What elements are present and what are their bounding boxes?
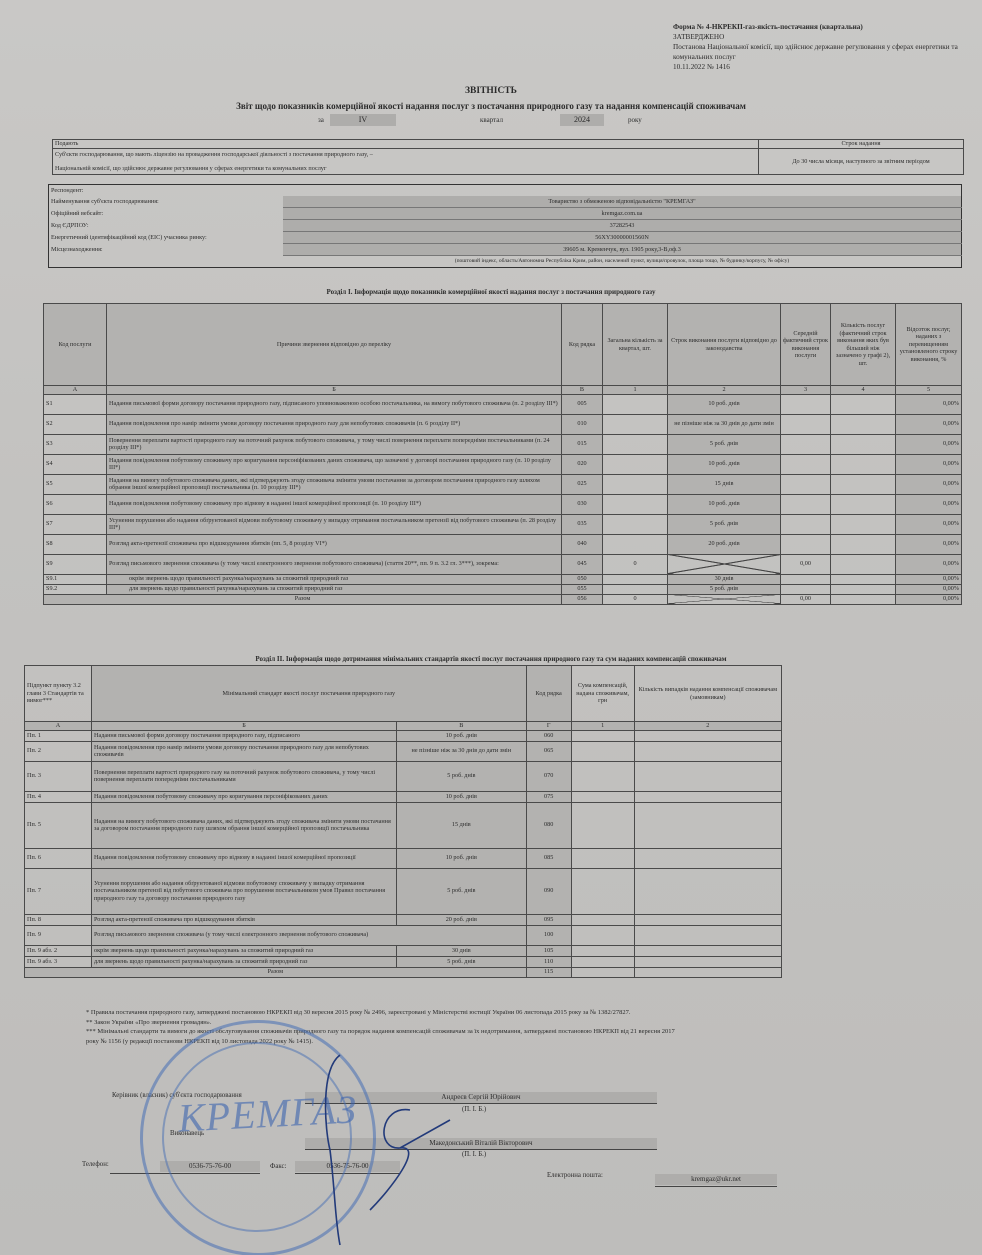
table-row: Пп. 9 абз. 3для звернень щодо правильнос…	[25, 956, 782, 967]
standard-text: Надання повідомлення побутовому споживач…	[92, 791, 397, 802]
compensation-sum-cell	[571, 956, 634, 967]
term-cell: 5 роб. днів	[397, 868, 527, 914]
overdue-percent-cell: 0,00%	[896, 534, 962, 554]
service-reason: Надання повідомлення про намір змінити у…	[107, 414, 562, 434]
avg-term-cell	[781, 414, 831, 434]
column-code: Б	[92, 722, 397, 731]
avg-term-cell	[781, 494, 831, 514]
overdue-count-cell	[831, 594, 896, 604]
address-field[interactable]: 39605 м. Кременчук, вул. 1905 року,3-В,о…	[283, 244, 962, 256]
standard-text: Надання письмової форми договору постача…	[92, 730, 397, 741]
overdue-percent-cell: 0,00%	[896, 574, 962, 584]
year-field[interactable]: 2024	[560, 114, 604, 126]
standard-text: Повернення переплати вартості природного…	[92, 761, 397, 791]
s2-column-codes: АБВГ12	[25, 722, 782, 731]
quantity-cell	[603, 534, 668, 554]
s1-header-qty: Загальна кількість за квартал, шт.	[603, 304, 668, 386]
compensation-sum-cell	[571, 914, 634, 925]
subclause-code: Пп. 1	[25, 730, 92, 741]
quarter-label: квартал	[480, 116, 503, 124]
s1-header-avg: Середній фактичний строк виконання послу…	[781, 304, 831, 386]
row-code: 025	[562, 474, 603, 494]
column-code: 4	[831, 386, 896, 395]
submitter-recipient: Національній комісії, що здійснює держав…	[55, 165, 756, 173]
s2-header-sum: Сума компенсацій, надана споживачам, грн	[571, 666, 634, 722]
s1-header-term: Строк виконання послуги відповідно до за…	[668, 304, 781, 386]
reporting-period: за IV квартал 2024 року	[0, 114, 982, 128]
column-code: 5	[896, 386, 962, 395]
total-row: Разом05600,000,00%	[44, 594, 962, 604]
row-code: 005	[562, 394, 603, 414]
avg-term-cell	[781, 454, 831, 474]
compensation-count-cell	[634, 791, 781, 802]
row-code: 015	[562, 434, 603, 454]
overdue-percent-cell: 0,00%	[896, 474, 962, 494]
column-code: А	[44, 386, 107, 395]
eic-label: Енергетичний ідентифікаційний код (ЕІС) …	[49, 232, 284, 244]
overdue-count-cell	[831, 494, 896, 514]
service-reason: для звернень щодо правильності рахунка/н…	[107, 584, 562, 594]
table-row: S6Надання повідомлення побутовому спожив…	[44, 494, 962, 514]
row-code: 065	[526, 741, 571, 761]
respondent-label: Респондент:	[49, 185, 962, 197]
overdue-percent-cell: 0,00%	[896, 584, 962, 594]
compensation-count-cell	[634, 730, 781, 741]
standard-text: Розгляд акта-претензії споживача про від…	[92, 914, 397, 925]
row-code: 056	[562, 594, 603, 604]
s2-header-standard: Мінімальний стандарт якості послуг поста…	[92, 666, 527, 722]
compensation-count-cell	[634, 761, 781, 791]
subclause-code: Пп. 9	[25, 925, 92, 945]
service-reason: Розгляд акта-претензії споживача про від…	[107, 534, 562, 554]
approval-date: 10.11.2022 № 1416	[673, 62, 973, 72]
row-code: 090	[526, 868, 571, 914]
service-reason: Надання на вимогу побутового споживача д…	[107, 474, 562, 494]
table-row: Пп. 5Надання на вимогу побутового спожив…	[25, 802, 782, 848]
website-field[interactable]: kremgaz.com.ua	[283, 208, 962, 220]
s2-header-row: Код рядка	[526, 666, 571, 722]
quantity-cell	[603, 494, 668, 514]
compensation-sum-cell	[571, 945, 634, 956]
compensation-count-cell	[634, 868, 781, 914]
term-cell: 10 роб. днів	[397, 730, 527, 741]
service-code: S9	[44, 554, 107, 574]
row-code: 050	[562, 574, 603, 584]
email-label: Електронна пошта:	[547, 1172, 603, 1179]
overdue-count-cell	[831, 434, 896, 454]
term-cell	[668, 554, 781, 574]
row-code: 010	[562, 414, 603, 434]
standard-text: Розгляд письмового звернення споживача (…	[92, 925, 527, 945]
standard-text: окрім звернень щодо правильності рахунка…	[92, 945, 397, 956]
table-row: Пп. 6Надання повідомлення побутовому спо…	[25, 848, 782, 868]
column-code: А	[25, 722, 92, 731]
service-code: S5	[44, 474, 107, 494]
column-code: В	[562, 386, 603, 395]
avg-term-cell	[781, 584, 831, 594]
service-reason: Усунення порушення або надання обґрунтов…	[107, 514, 562, 534]
avg-term-cell	[781, 394, 831, 414]
compensation-sum-cell	[571, 848, 634, 868]
compensation-count-cell	[634, 741, 781, 761]
service-code: S4	[44, 454, 107, 474]
row-code: 040	[562, 534, 603, 554]
column-code: 2	[634, 722, 781, 731]
s1-column-codes: АБВ12345	[44, 386, 962, 395]
service-code: S8	[44, 534, 107, 554]
table-row: Пп. 3Повернення переплати вартості приро…	[25, 761, 782, 791]
table-row: S1Надання письмової форми договору поста…	[44, 394, 962, 414]
avg-term-cell: 0,00	[781, 554, 831, 574]
column-code: 1	[571, 722, 634, 731]
compensation-sum-cell	[571, 868, 634, 914]
overdue-count-cell	[831, 454, 896, 474]
term-cell: 10 роб. днів	[397, 848, 527, 868]
service-code: S6	[44, 494, 107, 514]
section1-title: Розділ I. Інформація щодо показників ком…	[0, 288, 982, 296]
table-row: Пп. 9Розгляд письмового звернення спожив…	[25, 925, 782, 945]
table-row: Пп. 2Надання повідомлення про намір змін…	[25, 741, 782, 761]
address-hint: (поштовий індекс, область/Автономна Респ…	[283, 256, 962, 268]
term-cell: 10 роб. днів	[397, 791, 527, 802]
s1-header-reason: Причини звернення відповідно до переліку	[107, 304, 562, 386]
subclause-code: Пп. 9 абз. 3	[25, 956, 92, 967]
overdue-count-cell	[831, 514, 896, 534]
column-code: В	[397, 722, 527, 731]
form-number: Форма № 4-НКРЕКП-газ-якість-постачання (…	[673, 22, 973, 32]
overdue-percent-cell: 0,00%	[896, 434, 962, 454]
compensation-sum-cell	[571, 761, 634, 791]
term-cell: 15 днів	[397, 802, 527, 848]
row-code: 115	[526, 967, 571, 977]
compensation-count-cell	[634, 967, 781, 977]
row-code: 055	[562, 584, 603, 594]
service-code: S7	[44, 514, 107, 534]
avg-term-cell	[781, 574, 831, 584]
subclause-code: Пп. 8	[25, 914, 92, 925]
compensation-sum-cell	[571, 925, 634, 945]
term-cell: 15 днів	[668, 474, 781, 494]
submitters-text: Суб'єкти господарювання, що мають ліценз…	[53, 149, 759, 175]
overdue-count-cell	[831, 534, 896, 554]
service-code: S9.2	[44, 584, 107, 594]
quantity-cell	[603, 584, 668, 594]
table-row: S8Розгляд акта-претензії споживача про в…	[44, 534, 962, 554]
row-code: 020	[562, 454, 603, 474]
term-cell: 30 днів	[668, 574, 781, 584]
compensation-count-cell	[634, 945, 781, 956]
subclause-code: Пп. 6	[25, 848, 92, 868]
section2-title: Розділ II. Інформація щодо дотримання мі…	[0, 655, 982, 663]
overdue-count-cell	[831, 554, 896, 574]
avg-term-cell	[781, 514, 831, 534]
table-row: S5Надання на вимогу побутового споживача…	[44, 474, 962, 494]
term-cell: 5 роб. днів	[668, 584, 781, 594]
table-row: S2Надання повідомлення про намір змінити…	[44, 414, 962, 434]
compensation-sum-cell	[571, 802, 634, 848]
compensation-sum-cell	[571, 730, 634, 741]
column-code: Б	[107, 386, 562, 395]
term-cell: не пізніше ніж за 30 днів до дати змін	[668, 414, 781, 434]
term-cell: 5 роб. днів	[397, 956, 527, 967]
table-row: Пп. 9 абз. 2окрім звернень щодо правильн…	[25, 945, 782, 956]
table-row: S4Надання повідомлення побутовому спожив…	[44, 454, 962, 474]
report-title: ЗВІТНІСТЬ	[0, 86, 982, 96]
service-reason: Розгляд письмового звернення споживача (…	[107, 554, 562, 574]
company-name-field[interactable]: Товариство з обмеженою відповідальністю …	[283, 196, 962, 208]
standard-text: Надання повідомлення про намір змінити у…	[92, 741, 397, 761]
total-row: Разом115	[25, 967, 782, 977]
quantity-cell: 0	[603, 594, 668, 604]
row-code: 110	[526, 956, 571, 967]
subclause-code: Пп. 5	[25, 802, 92, 848]
company-name-label: Найменування суб'єкта господарювання:	[49, 196, 284, 208]
s2-header-count: Кількість випадків надання компенсації с…	[634, 666, 781, 722]
overdue-count-cell	[831, 574, 896, 584]
term-cell	[668, 594, 781, 604]
overdue-percent-cell: 0,00%	[896, 594, 962, 604]
table-row: Пп. 7Усунення порушення або надання обґр…	[25, 868, 782, 914]
compensation-sum-cell	[571, 967, 634, 977]
quantity-cell	[603, 434, 668, 454]
compensation-count-cell	[634, 914, 781, 925]
row-code: 085	[526, 848, 571, 868]
overdue-percent-cell: 0,00%	[896, 394, 962, 414]
column-code: 2	[668, 386, 781, 395]
standard-text: Надання повідомлення побутовому споживач…	[92, 848, 397, 868]
s1-header-code: Код послуги	[44, 304, 107, 386]
avg-term-cell	[781, 434, 831, 454]
overdue-count-cell	[831, 584, 896, 594]
term-cell: 30 днів	[397, 945, 527, 956]
row-code: 095	[526, 914, 571, 925]
service-code: S9.1	[44, 574, 107, 584]
quantity-cell	[603, 394, 668, 414]
section1-table: Код послуги Причини звернення відповідно…	[43, 303, 962, 605]
overdue-percent-cell: 0,00%	[896, 454, 962, 474]
s1-header-pct: Відсоток послуг, наданих з перевищенням …	[896, 304, 962, 386]
overdue-percent-cell: 0,00%	[896, 494, 962, 514]
compensation-count-cell	[634, 956, 781, 967]
quantity-cell	[603, 514, 668, 534]
year-label: року	[628, 116, 642, 124]
quantity-cell	[603, 454, 668, 474]
period-za: за	[318, 116, 324, 124]
avg-term-cell: 0,00	[781, 594, 831, 604]
document-page: Форма № 4-НКРЕКП-газ-якість-постачання (…	[0, 0, 982, 1255]
avg-term-cell	[781, 474, 831, 494]
row-code: 070	[526, 761, 571, 791]
compensation-sum-cell	[571, 791, 634, 802]
subclause-code: Пп. 3	[25, 761, 92, 791]
column-code: 1	[603, 386, 668, 395]
compensation-count-cell	[634, 925, 781, 945]
edrpou-field[interactable]: 37282543	[283, 220, 962, 232]
term-cell: 20 роб. днів	[668, 534, 781, 554]
service-code: S1	[44, 394, 107, 414]
s1-header-over: Кількість послуг (фактичний строк викона…	[831, 304, 896, 386]
row-code: 105	[526, 945, 571, 956]
subclause-code: Пп. 7	[25, 868, 92, 914]
approved-label: ЗАТВЕРДЖЕНО	[673, 32, 973, 42]
service-code: S3	[44, 434, 107, 454]
service-code: S2	[44, 414, 107, 434]
deadline-head: Строк надання	[759, 140, 964, 149]
column-code: 3	[781, 386, 831, 395]
submitter-entities: Суб'єкти господарювання, що мають ліценз…	[55, 151, 756, 159]
service-reason: Повернення переплати вартості природного…	[107, 434, 562, 454]
s1-header-row: Код рядка	[562, 304, 603, 386]
overdue-percent-cell: 0,00%	[896, 514, 962, 534]
signature-icon	[300, 1040, 500, 1250]
row-code: 075	[526, 791, 571, 802]
total-label: Разом	[44, 594, 562, 604]
footnote-1: * Правила постачання природного газу, за…	[86, 1008, 686, 1018]
edrpou-label: Код ЄДРПОУ:	[49, 220, 284, 232]
standard-text: для звернень щодо правильності рахунка/н…	[92, 956, 397, 967]
total-label: Разом	[25, 967, 527, 977]
table-row: Пп. 4Надання повідомлення побутовому спо…	[25, 791, 782, 802]
term-cell: 10 роб. днів	[668, 394, 781, 414]
compensation-sum-cell	[571, 741, 634, 761]
term-cell: 5 роб. днів	[668, 434, 781, 454]
overdue-count-cell	[831, 394, 896, 414]
form-header: Форма № 4-НКРЕКП-газ-якість-постачання (…	[673, 22, 973, 72]
quantity-cell: 0	[603, 554, 668, 574]
table-row: S7Усунення порушення або надання обґрунт…	[44, 514, 962, 534]
overdue-percent-cell: 0,00%	[896, 414, 962, 434]
service-reason: Надання повідомлення побутовому споживач…	[107, 494, 562, 514]
table-row: S9Розгляд письмового звернення споживача…	[44, 554, 962, 574]
approving-authority: Постанова Національної комісії, що здійс…	[673, 42, 973, 62]
term-cell: не пізніше ніж за 30 днів до дати змін	[397, 741, 527, 761]
overdue-count-cell	[831, 414, 896, 434]
subclause-code: Пп. 4	[25, 791, 92, 802]
quarter-field[interactable]: IV	[330, 114, 396, 126]
report-subtitle: Звіт щодо показників комерційної якості …	[0, 101, 982, 111]
website-label: Офіційний вебсайт:	[49, 208, 284, 220]
service-reason: Надання повідомлення побутовому споживач…	[107, 454, 562, 474]
avg-term-cell	[781, 534, 831, 554]
footnote-2: ** Закон України «Про звернення громадян…	[86, 1018, 686, 1028]
row-code: 045	[562, 554, 603, 574]
eic-field[interactable]: 56XY30000001560N	[283, 232, 962, 244]
s2-header-code: Підпункт пункту 3.2 глави 3 Стандартів т…	[25, 666, 92, 722]
standard-text: Надання на вимогу побутового споживача д…	[92, 802, 397, 848]
subclause-code: Пп. 9 абз. 2	[25, 945, 92, 956]
phone-label: Телефон:	[82, 1161, 109, 1168]
row-code: 030	[562, 494, 603, 514]
table-row: Пп. 1Надання письмової форми договору по…	[25, 730, 782, 741]
term-cell: 20 роб. днів	[397, 914, 527, 925]
compensation-count-cell	[634, 848, 781, 868]
email-field[interactable]: kremgaz@ukr.net	[655, 1174, 777, 1185]
column-code: Г	[526, 722, 571, 731]
service-reason: окрім звернень щодо правильності рахунка…	[107, 574, 562, 584]
deadline-value: До 30 числа місяця, наступного за звітни…	[759, 149, 964, 175]
term-cell: 5 роб. днів	[397, 761, 527, 791]
subclause-code: Пп. 2	[25, 741, 92, 761]
table-row: S9.1окрім звернень щодо правильності рах…	[44, 574, 962, 584]
term-cell: 10 роб. днів	[668, 494, 781, 514]
section2-table: Підпункт пункту 3.2 глави 3 Стандартів т…	[24, 665, 782, 978]
row-code: 035	[562, 514, 603, 534]
respondent-table: Респондент: Найменування суб'єкта господ…	[48, 184, 962, 268]
submitters-table: Подають Строк надання Суб'єкти господарю…	[52, 139, 964, 175]
row-code: 060	[526, 730, 571, 741]
quantity-cell	[603, 414, 668, 434]
quantity-cell	[603, 474, 668, 494]
table-row: Пп. 8Розгляд акта-претензії споживача пр…	[25, 914, 782, 925]
term-cell: 5 роб. днів	[668, 514, 781, 534]
term-cell: 10 роб. днів	[668, 454, 781, 474]
quantity-cell	[603, 574, 668, 584]
row-code: 100	[526, 925, 571, 945]
table-row: S3Повернення переплати вартості природно…	[44, 434, 962, 454]
overdue-percent-cell: 0,00%	[896, 554, 962, 574]
table-row: S9.2для звернень щодо правильності рахун…	[44, 584, 962, 594]
service-reason: Надання письмової форми договору постача…	[107, 394, 562, 414]
overdue-count-cell	[831, 474, 896, 494]
address-label: Місцезнаходження:	[49, 244, 284, 256]
compensation-count-cell	[634, 802, 781, 848]
row-code: 080	[526, 802, 571, 848]
standard-text: Усунення порушення або надання обґрунтов…	[92, 868, 397, 914]
submitters-head: Подають	[53, 140, 759, 149]
